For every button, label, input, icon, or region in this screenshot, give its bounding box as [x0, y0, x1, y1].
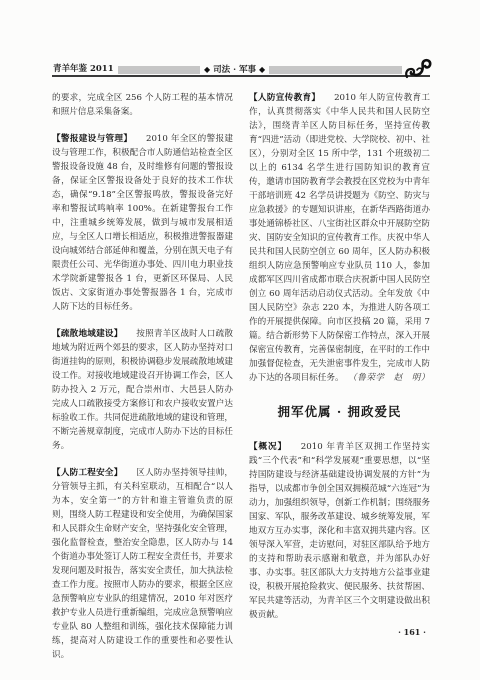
paragraph-continuation: 的要求，完成全区 256 个人防工程的基本情况和照片信息采集备案。	[52, 91, 233, 119]
paragraph-heading: 【概况】	[249, 442, 287, 452]
paragraph-text: 按照青羊区战时人口疏散地域为附近两个郊县的要求，区人防办坚持对口街道挂钩的原则，…	[52, 329, 233, 451]
header-rule	[52, 75, 430, 77]
paragraph-text: 2010 年人防宣传教育工作，认真贯彻落实《中华人民共和国人民防空法》，围绕青羊…	[249, 93, 430, 383]
section-title: 拥军优属 · 拥政爱民	[249, 405, 430, 419]
book-title: 青羊年鉴 2011	[53, 64, 118, 74]
paragraph-text: 2010 年全区的警报建设与管理工作，积极配合市人防通信站检查全区警报设备设施 …	[52, 134, 233, 312]
diamond-right-icon: ◆	[259, 64, 265, 74]
paragraph-heading: 【人防宣传教育】	[249, 93, 320, 103]
paragraph-overview: 【概况】2010 年青羊区双拥工作坚持实践“三个代表”和“科学发展观”重要思想，…	[249, 440, 430, 622]
page-number: · 161 ·	[394, 626, 430, 638]
running-header: 青羊年鉴 2011 ◆ 司法 · 军事 ◆	[52, 58, 430, 80]
paragraph-heading: 【警报建设与管理】	[52, 134, 132, 144]
right-column: 【人防宣传教育】2010 年人防宣传教育工作，认真贯彻落实《中华人民共和国人民防…	[249, 91, 430, 635]
paragraph-text: 区人防办坚持领导挂帅，分管领导主抓，有关科室联动，互相配合“以人为本，安全第一”…	[52, 468, 233, 660]
left-column: 的要求，完成全区 256 个人防工程的基本情况和照片信息采集备案。 【警报建设与…	[52, 91, 233, 675]
paragraph-text: 2010 年青羊区双拥工作坚持实践“三个代表”和“科学发展观”重要思想，以“坚持…	[249, 442, 430, 620]
paragraph-heading: 【疏散地域建设】	[52, 329, 123, 339]
paragraph-heading: 【人防工程安全】	[52, 468, 123, 478]
paragraph-text: 的要求，完成全区 256 个人防工程的基本情况和照片信息采集备案。	[52, 93, 233, 117]
author-signature: （鲁荣学 赵 明）	[348, 371, 430, 385]
paragraph-evacuation-area: 【疏散地域建设】按照青羊区战时人口疏散地域为附近两个郊县的要求，区人防办坚持对口…	[52, 327, 233, 453]
swirl-ornament-icon	[404, 58, 432, 79]
paragraph-publicity-education: 【人防宣传教育】2010 年人防宣传教育工作，认真贯彻落实《中华人民共和国人民防…	[249, 91, 430, 385]
section-name: 司法 · 军事	[213, 65, 256, 75]
section-label: ◆ 司法 · 军事 ◆	[200, 64, 269, 75]
diamond-left-icon: ◆	[204, 64, 210, 74]
paragraph-alarm-construction: 【警报建设与管理】2010 年全区的警报建设与管理工作，积极配合市人防通信站检查…	[52, 132, 233, 314]
paragraph-project-safety: 【人防工程安全】区人防办坚持领导挂帅，分管领导主抓，有关科室联动，互相配合“以人…	[52, 466, 233, 662]
